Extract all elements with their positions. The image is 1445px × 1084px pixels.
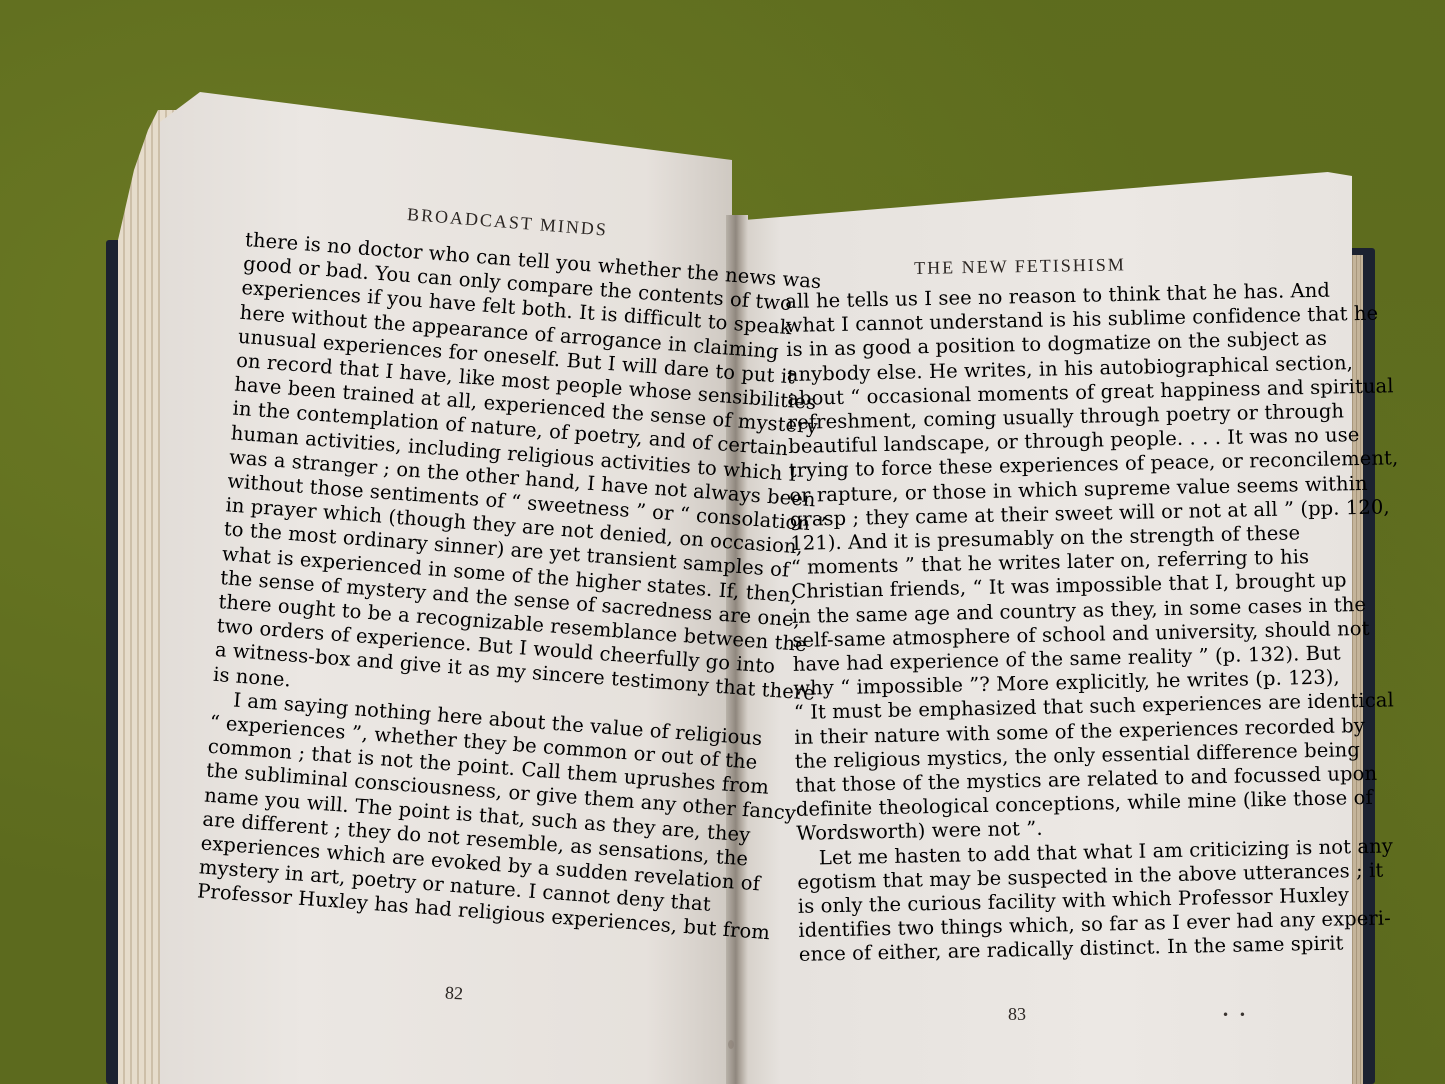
- paragraph: Let me hasten to add that what I am crit…: [797, 836, 1289, 967]
- printer-signature-mark: • •: [1222, 1008, 1249, 1022]
- paragraph: I am saying nothing here about the value…: [196, 687, 681, 939]
- right-page-body: all he tells us I see no reason to think…: [785, 280, 1289, 968]
- running-head-right: THE NEW FETISHISM: [914, 254, 1126, 279]
- page-number-left: 82: [444, 983, 463, 1005]
- paragraph: there is no doctor who can tell you whet…: [212, 228, 714, 721]
- page-number-right: 83: [1008, 1004, 1026, 1025]
- left-page-body: there is no doctor who can tell you whet…: [196, 228, 714, 938]
- paragraph: all he tells us I see no reason to think…: [785, 280, 1287, 847]
- paper-smudge: [728, 1040, 734, 1049]
